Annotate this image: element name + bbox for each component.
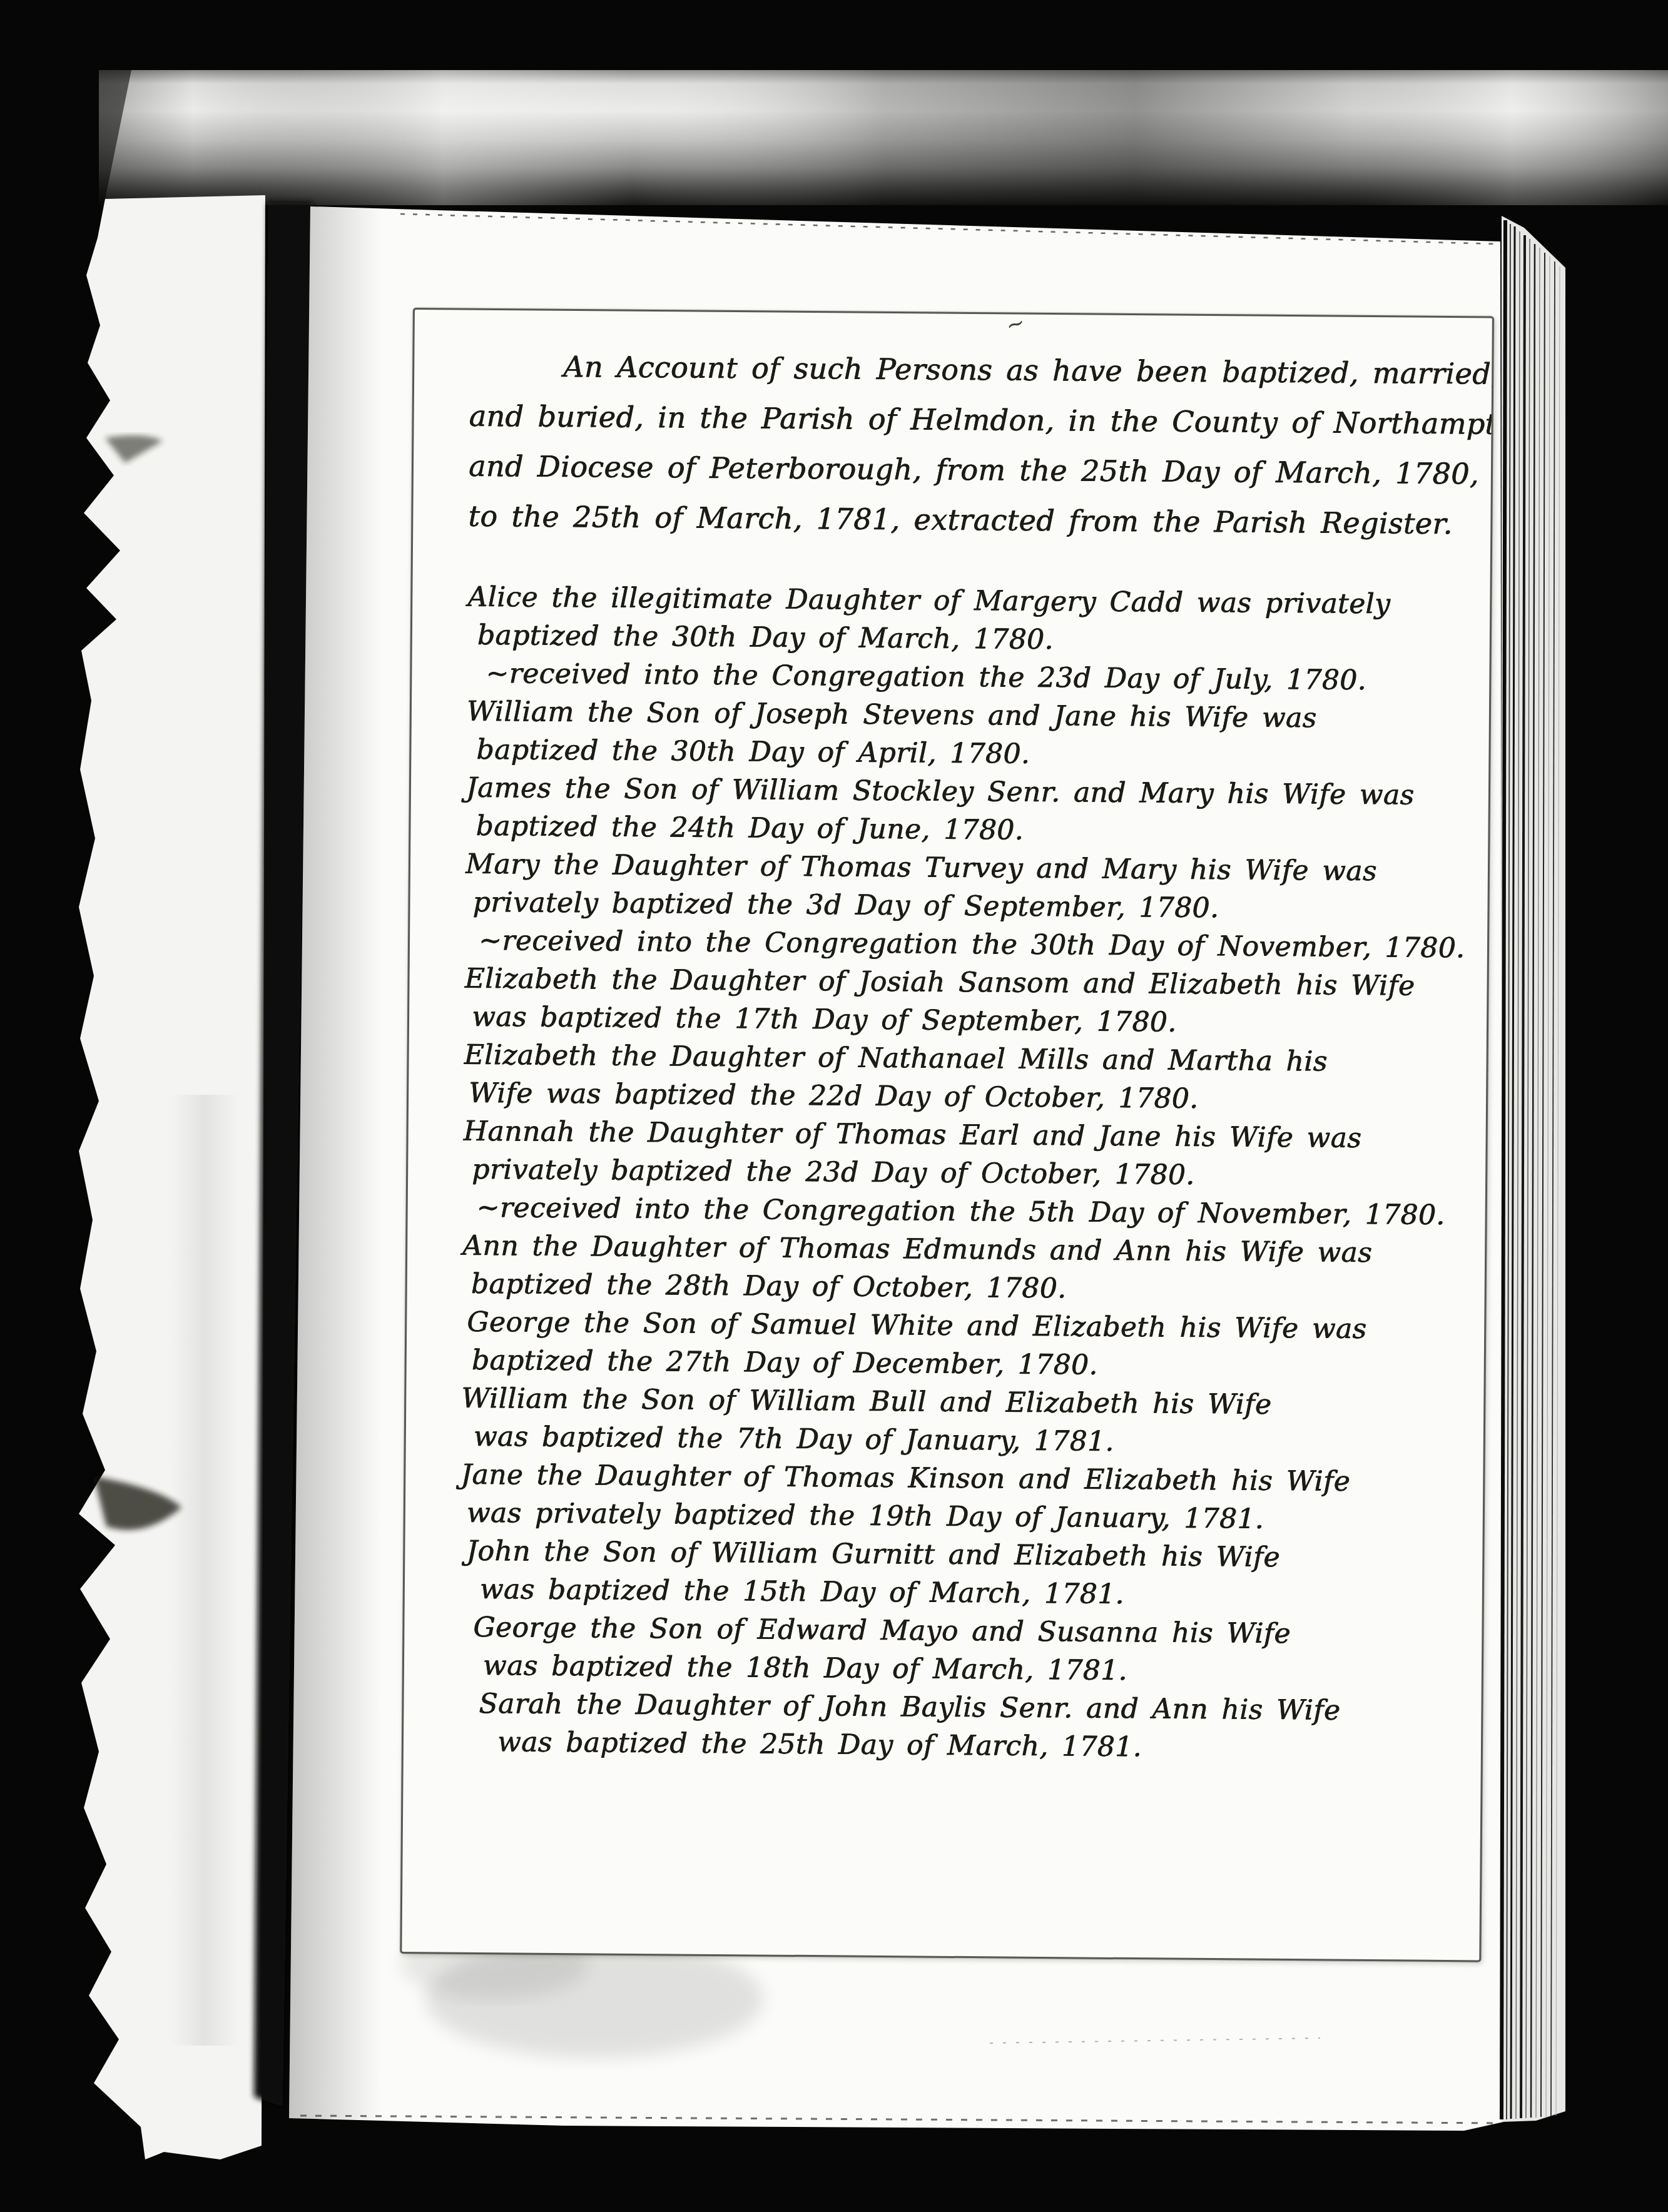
page-stack-edges — [1502, 216, 1565, 2122]
page-curl-smudge — [170, 1095, 239, 2046]
manuscript-line: to the 25th of March, 1781, extracted fr… — [468, 493, 1480, 551]
scanner-light-band — [99, 70, 1668, 205]
manuscript-line: and buried, in the Parish of Helmdon, in… — [469, 393, 1480, 451]
manuscript-line: An Account of such Persons as have been … — [563, 343, 1481, 401]
manuscript-line: and Diocese of Peterborough, from the 25… — [469, 443, 1480, 501]
scanned-register-page: An Account of such Persons as have been … — [0, 0, 1668, 2212]
manuscript-text: An Account of such Persons as have been … — [402, 310, 1492, 1960]
manuscript-line: was baptized the 25th Day of March, 1781… — [497, 1724, 1470, 1770]
manuscript-sheet: An Account of such Persons as have been … — [400, 308, 1494, 1962]
left-page-edge — [79, 195, 265, 2159]
